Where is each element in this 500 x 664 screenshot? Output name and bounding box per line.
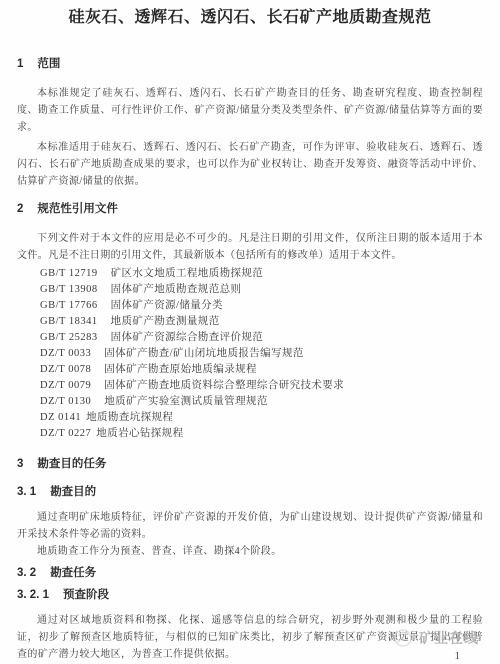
section-3-2-heading: 3. 2勘查任务 xyxy=(17,566,483,581)
reference-item: DZ/T 0078固体矿产勘查原始地质编录规程 xyxy=(40,362,483,378)
reference-item: DZ/T 0130地质矿产实验室测试质量管理规范 xyxy=(40,394,483,410)
document-title: 硅灰石、透辉石、透闪石、长石矿产地质勘查规范 xyxy=(17,8,483,28)
section-3-number: 3 xyxy=(17,457,23,472)
reference-code: DZ/T 0033 xyxy=(40,346,91,362)
reference-item: GB/T 25283固体矿产资源综合勘查评价规范 xyxy=(40,330,483,346)
reference-list: GB/T 12719矿区水文地质工程地质勘探规范 GB/T 13908固体矿产地… xyxy=(17,266,483,442)
reference-item: DZ/T 0227地质岩心钻探规程 xyxy=(40,426,483,442)
page-number: 1 xyxy=(455,650,461,662)
reference-code: DZ/T 0130 xyxy=(40,394,91,410)
reference-item: DZ/T 0033固体矿产勘查/矿山闭坑地质报告编写规范 xyxy=(40,346,483,362)
reference-title: 固体矿产勘查/矿山闭坑地质报告编写规范 xyxy=(104,346,304,362)
reference-code: DZ/T 0078 xyxy=(40,362,91,378)
section-1-number: 1 xyxy=(17,57,23,72)
section-3-heading: 3勘查目的任务 xyxy=(17,457,483,472)
reference-title: 地质勘查坑探规程 xyxy=(86,410,173,426)
reference-title: 固体矿产地质勘查规范总则 xyxy=(111,282,242,298)
reference-title: 地质矿产实验室测试质量管理规范 xyxy=(104,394,268,410)
reference-code: DZ/T 0227 xyxy=(40,426,91,442)
section-1-title: 范围 xyxy=(37,58,60,70)
section-3-1-title: 勘查目的 xyxy=(50,486,96,498)
watermark-text: 矿业在线 xyxy=(419,628,479,648)
document-page: 硅灰石、透辉石、透闪石、长石矿产地质勘查规范 1范围 本标准规定了硅灰石、透辉石… xyxy=(0,0,500,664)
reference-code: GB/T 13908 xyxy=(40,282,98,298)
section-3-1-number: 3. 1 xyxy=(17,485,36,500)
section-3-1-heading: 3. 1勘查目的 xyxy=(17,485,483,500)
reference-item: DZ/T 0079固体矿产勘查地质资料综合整理综合研究技术要求 xyxy=(40,378,483,394)
reference-title: 固体矿产资源/储量分类 xyxy=(111,298,223,314)
reference-title: 地质岩心钻探规程 xyxy=(96,426,183,442)
section-2-number: 2 xyxy=(17,202,23,217)
section-3-2-1-heading: 3. 2. 1预查阶段 xyxy=(17,588,483,603)
reference-title: 固体矿产资源综合勘查评价规范 xyxy=(111,330,264,346)
reference-item: DZ 0141地质勘查坑探规程 xyxy=(40,410,483,426)
section-2-heading: 2规范性引用文件 xyxy=(17,202,483,217)
section-1-paragraph-1: 本标准规定了硅灰石、透辉石、透闪石、长石矿产勘查目的任务、勘查研究程度、勘查控制… xyxy=(17,85,483,136)
section-3-1-paragraph-1: 通过查明矿床地质特征，评价矿产资源的开发价值，为矿山建设规划、设计提供矿产资源/… xyxy=(17,509,483,543)
reference-code: GB/T 25283 xyxy=(40,330,98,346)
reference-code: DZ 0141 xyxy=(40,410,81,426)
section-3-2-1-number: 3. 2. 1 xyxy=(17,588,49,603)
reference-code: GB/T 12719 xyxy=(40,266,98,282)
mining-online-logo-icon xyxy=(391,628,415,648)
section-3-1-paragraph-2: 地质勘查工作分为预查、普查、详查、勘探4个阶段。 xyxy=(17,543,483,560)
reference-code: GB/T 18341 xyxy=(40,314,98,330)
section-3-2-number: 3. 2 xyxy=(17,566,36,581)
reference-title: 地质矿产勘查测量规范 xyxy=(111,314,220,330)
section-2-paragraph-1: 下列文件对于本文件的应用是必不可少的。凡是注日期的引用文件，仅所注日期的版本适用… xyxy=(17,230,483,264)
section-1-paragraph-2: 本标准适用于硅灰石、透辉石、透闪石、长石矿产勘查，可作为评审、验收硅灰石、透辉石… xyxy=(17,139,483,190)
section-3-title: 勘查目的任务 xyxy=(37,458,106,470)
reference-code: DZ/T 0079 xyxy=(40,378,91,394)
reference-code: GB/T 17766 xyxy=(40,298,98,314)
watermark: 矿业在线 xyxy=(391,628,479,648)
reference-title: 固体矿产勘查地质资料综合整理综合研究技术要求 xyxy=(104,378,344,394)
section-2-title: 规范性引用文件 xyxy=(37,203,118,215)
reference-item: GB/T 17766固体矿产资源/储量分类 xyxy=(40,298,483,314)
section-3-2-title: 勘查任务 xyxy=(50,567,96,579)
section-1-heading: 1范围 xyxy=(17,57,483,72)
reference-item: GB/T 18341地质矿产勘查测量规范 xyxy=(40,314,483,330)
reference-title: 矿区水文地质工程地质勘探规范 xyxy=(111,266,264,282)
reference-item: GB/T 12719矿区水文地质工程地质勘探规范 xyxy=(40,266,483,282)
section-3-2-1-title: 预查阶段 xyxy=(63,589,109,601)
reference-title: 固体矿产勘查原始地质编录规程 xyxy=(104,362,257,378)
reference-item: GB/T 13908固体矿产地质勘查规范总则 xyxy=(40,282,483,298)
